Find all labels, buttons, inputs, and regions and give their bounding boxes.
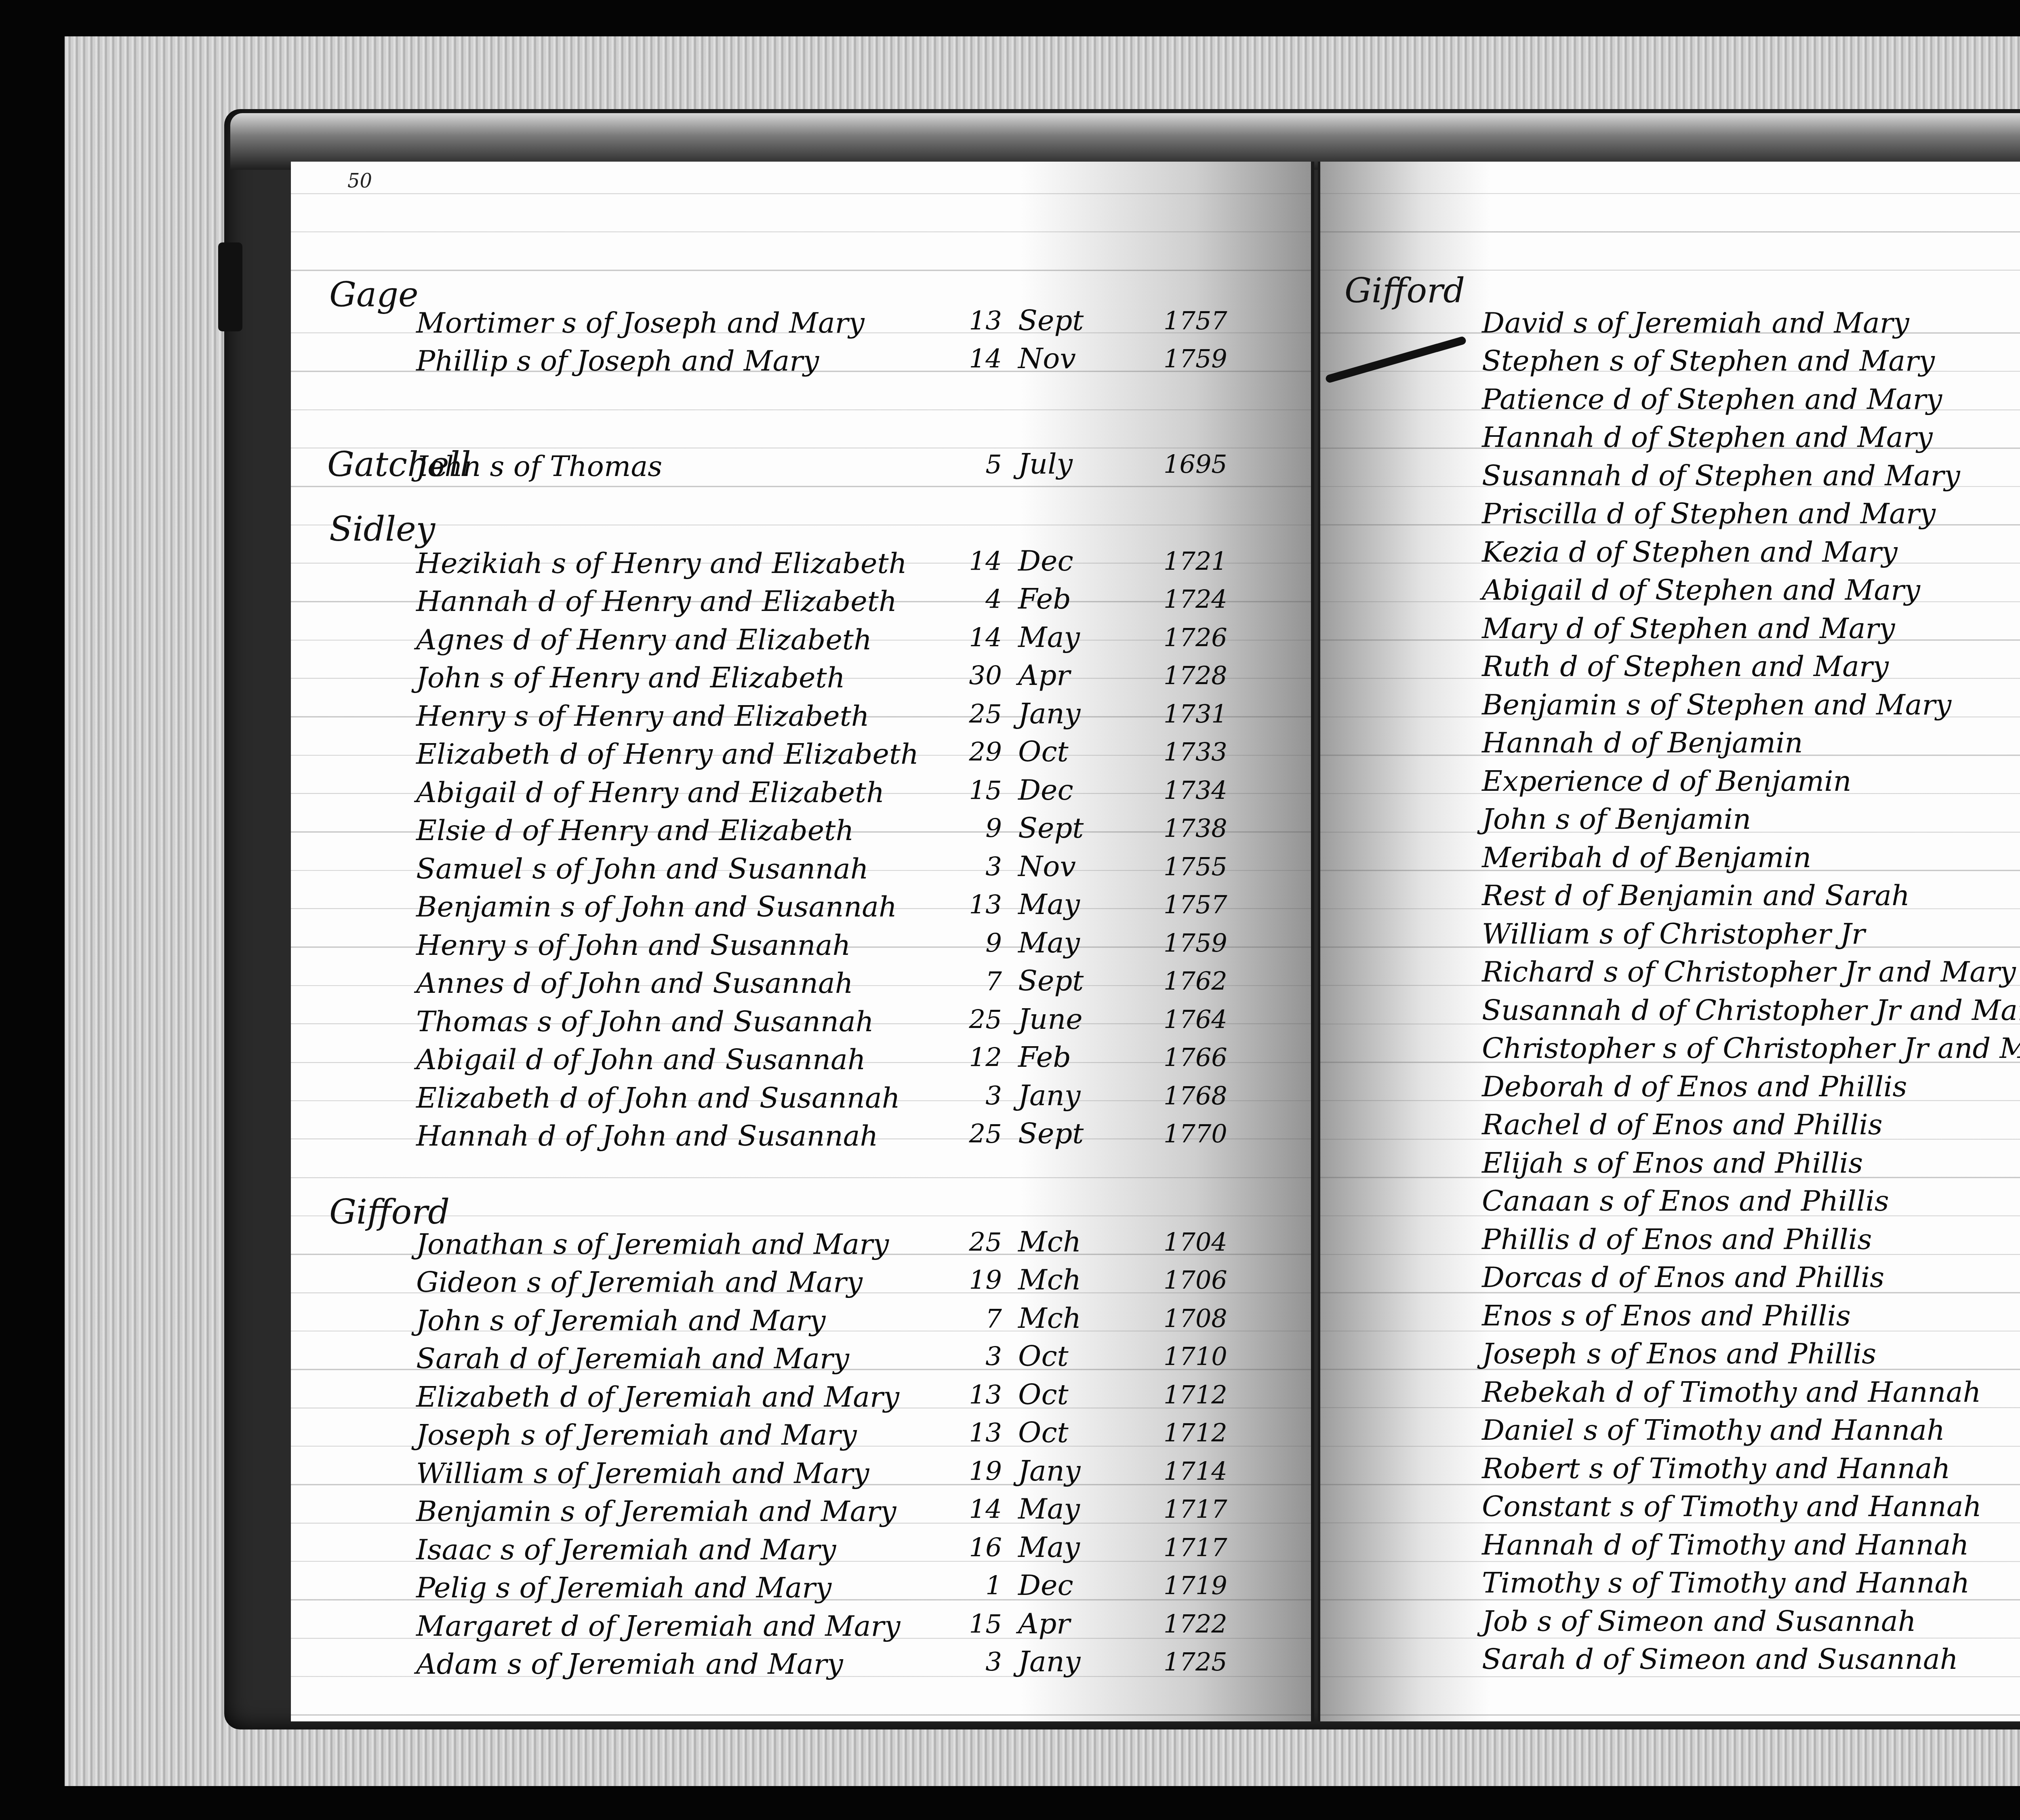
entry-name: Rest d of Benjamin and Sarah [1482, 879, 1910, 912]
entry-month: Nov [1018, 342, 1076, 375]
entry-month: May [1018, 1531, 1080, 1564]
entry-day: 19 [953, 1457, 1002, 1487]
record-entry: Stephen s of Stephen and Mary30Jany1712 [1482, 339, 2020, 378]
entry-day: 3 [953, 1342, 1002, 1372]
entry-name: John s of Henry and Elizabeth [416, 661, 845, 694]
entry-month: Jany [1018, 1079, 1080, 1112]
record-entry: Hannah d of John and Susannah25Sept1770 [416, 1114, 1289, 1153]
entry-day: 13 [953, 890, 1002, 920]
entry-year: 1733 [1164, 737, 1227, 767]
gage-entries: Mortimer s of Joseph and Mary13Sept1757 … [416, 301, 1289, 377]
entry-day: 14 [953, 547, 1002, 577]
gifford-entries-right: David s of Jeremiah and Mary5Apr1728 Ste… [1482, 301, 2020, 1676]
record-entry: Pelig s of Jeremiah and Mary1Dec1719 [416, 1566, 1289, 1605]
record-entry: Sarah d of Jeremiah and Mary3Oct1710 [416, 1337, 1289, 1376]
entry-year: 1721 [1164, 546, 1227, 576]
entry-name: Samuel s of John and Susannah [416, 852, 869, 885]
entry-name: Henry s of Henry and Elizabeth [416, 699, 869, 733]
entry-year: 1762 [1164, 966, 1227, 996]
entry-name: Abigail d of John and Susannah [416, 1043, 866, 1076]
entry-day: 13 [953, 306, 1002, 336]
gatchell-section: Gatchell John s of Thomas5July1695 [327, 444, 1297, 485]
entry-name: Enos s of Enos and Phillis [1482, 1299, 1851, 1332]
gutter-shadow [1320, 162, 1490, 1721]
entry-day: 14 [953, 344, 1002, 374]
entry-year: 1768 [1164, 1081, 1227, 1110]
sidley-entries: Hezikiah s of Henry and Elizabeth14Dec17… [416, 541, 1289, 1152]
record-entry: John s of Thomas5July1695 [291, 444, 1289, 483]
entry-name: Hannah d of Henry and Elizabeth [416, 585, 897, 618]
record-entry: Phillis d of Enos and Phillis14May1734 [1482, 1218, 2020, 1256]
entry-name: Hezikiah s of Henry and Elizabeth [416, 547, 907, 580]
entry-day: 7 [953, 967, 1002, 996]
entry-name: Hannah d of Timothy and Hannah [1482, 1528, 1969, 1561]
entry-name: Stephen s of Stephen and Mary [1482, 344, 1935, 377]
entry-year: 1710 [1164, 1342, 1227, 1371]
record-entry: Deborah d of Enos and Phillis2Apr1725 [1482, 1065, 2020, 1103]
entry-name: Priscilla d of Stephen and Mary [1482, 497, 1936, 530]
record-entry: John s of Jeremiah and Mary7Mch1708 [416, 1299, 1289, 1337]
record-entry: Patience d of Stephen and Mary16Dec1712 [1482, 377, 2020, 416]
entry-name: Patience d of Stephen and Mary [1482, 383, 1942, 416]
record-entry: Enos s of Enos and Phillis22Mch1740 [1482, 1294, 2020, 1332]
entry-year: 1706 [1164, 1265, 1227, 1295]
entry-name: David s of Jeremiah and Mary [1482, 306, 1909, 339]
surname-heading-gage: Gage [329, 275, 419, 314]
record-entry: Elijah s of Enos and Phillis20July1729 [1482, 1141, 2020, 1180]
entry-name: Benjamin s of Stephen and Mary [1482, 688, 1951, 721]
entry-month: Dec [1018, 1569, 1073, 1602]
entry-day: 14 [953, 623, 1002, 653]
entry-name: Constant s of Timothy and Hannah [1482, 1490, 1982, 1523]
entry-day: 15 [953, 776, 1002, 806]
entry-name: Agnes d of Henry and Elizabeth [416, 623, 872, 656]
record-entry: Thomas s of John and Susannah25June1764 [416, 1000, 1289, 1038]
record-entry: Jonathan s of Jeremiah and Mary25Mch1704 [416, 1222, 1289, 1261]
entry-month: Sept [1018, 964, 1084, 997]
entry-name: Sarah d of Jeremiah and Mary [416, 1342, 849, 1375]
entry-year: 1724 [1164, 584, 1227, 614]
entry-name: Mortimer s of Joseph and Mary [416, 306, 865, 339]
entry-year: 1708 [1164, 1304, 1227, 1333]
entry-year: 1757 [1164, 306, 1227, 335]
record-entry: Margaret d of Jeremiah and Mary15Apr1722 [416, 1604, 1289, 1643]
entry-month: Oct [1018, 1416, 1069, 1449]
record-entry: Benjamin s of John and Susannah13May1757 [416, 885, 1289, 924]
entry-year: 1759 [1164, 928, 1227, 958]
entry-day: 13 [953, 1418, 1002, 1448]
record-entry: Agnes d of Henry and Elizabeth14May1726 [416, 618, 1289, 656]
record-entry: Elsie d of Henry and Elizabeth9Sept1738 [416, 809, 1289, 847]
entry-name: Deborah d of Enos and Phillis [1482, 1070, 1907, 1103]
entry-name: Elizabeth d of John and Susannah [416, 1081, 900, 1114]
entry-day: 16 [953, 1533, 1002, 1563]
entry-name: William s of Christopher Jr [1482, 917, 1865, 950]
entry-day: 9 [953, 814, 1002, 844]
entry-month: Mch [1018, 1302, 1081, 1335]
entry-month: May [1018, 926, 1080, 959]
record-entry: Robert s of Timothy and Hannah3Apr1724 [1482, 1447, 2020, 1485]
entry-name: Kezia d of Stephen and Mary [1482, 535, 1898, 569]
record-entry: Henry s of John and Susannah9May1759 [416, 923, 1289, 962]
entry-year: 1759 [1164, 344, 1227, 373]
entry-name: Benjamin s of Jeremiah and Mary [416, 1495, 896, 1528]
entry-year: 1734 [1164, 775, 1227, 805]
record-entry: Kezia d of Stephen and Mary27Feb1720 [1482, 530, 2020, 569]
entry-name: Gideon s of Jeremiah and Mary [416, 1266, 863, 1299]
entry-name: Sarah d of Simeon and Susannah [1482, 1643, 1958, 1676]
entry-day: 29 [953, 737, 1002, 767]
left-page: 50 Gage Mortimer s of Joseph and Mary13S… [291, 162, 1314, 1721]
entry-month: Jany [1018, 1645, 1080, 1678]
entry-day: 7 [953, 1304, 1002, 1334]
entry-year: 1717 [1164, 1494, 1227, 1524]
entry-name: Rachel d of Enos and Phillis [1482, 1108, 1883, 1141]
record-entry: Mary d of Stephen and Mary12Aug1723 [1482, 607, 2020, 645]
entry-day: 14 [953, 1495, 1002, 1525]
entry-year: 1726 [1164, 623, 1227, 652]
entry-month: Dec [1018, 544, 1073, 577]
record-entry: Mortimer s of Joseph and Mary13Sept1757 [416, 301, 1289, 339]
record-entry: Constant s of Timothy and Hannah6Dec1728 [1482, 1485, 2020, 1523]
record-entry: Job s of Simeon and Susannah28May1726 [1482, 1599, 2020, 1638]
entry-month: Sept [1018, 811, 1084, 845]
entry-year: 1766 [1164, 1043, 1227, 1072]
entry-year: 1722 [1164, 1609, 1227, 1639]
page-number: 50 [347, 170, 372, 192]
record-entry: Annes d of John and Susannah7Sept1762 [416, 962, 1289, 1000]
entry-day: 3 [953, 1647, 1002, 1677]
record-entry: Joseph s of Jeremiah and Mary13Oct1712 [416, 1413, 1289, 1452]
entry-name: Susannah d of Stephen and Mary [1482, 459, 1960, 492]
entry-name: Elijah s of Enos and Phillis [1482, 1146, 1863, 1180]
entry-month: Oct [1018, 1378, 1069, 1411]
record-entry: John s of Benjamin7Jany1718 [1482, 798, 2020, 836]
entry-day: 15 [953, 1609, 1002, 1639]
record-entry: Benjamin s of Jeremiah and Mary14May1717 [416, 1490, 1289, 1528]
entry-month: May [1018, 1492, 1080, 1525]
entry-month: Oct [1018, 735, 1069, 768]
entry-name: Elsie d of Henry and Elizabeth [416, 814, 854, 847]
entry-day: 13 [953, 1380, 1002, 1410]
binder-top-edge [230, 113, 2020, 170]
entry-name: Susannah d of Christopher Jr and Mary [1482, 994, 2020, 1027]
entry-month: Feb [1018, 582, 1071, 615]
record-entry: David s of Jeremiah and Mary5Apr1728 [1482, 301, 2020, 339]
entry-name: Isaac s of Jeremiah and Mary [416, 1533, 836, 1566]
record-entry: Abigail d of Henry and Elizabeth15Dec173… [416, 771, 1289, 809]
record-entry: Hannah d of Henry and Elizabeth4Feb1724 [416, 580, 1289, 618]
record-entry: Daniel s of Timothy and Hannah20July1721 [1482, 1409, 2020, 1447]
entry-day: 25 [953, 1228, 1002, 1258]
entry-day: 25 [953, 1005, 1002, 1035]
entry-month: Jany [1018, 1454, 1080, 1487]
record-entry: Phillip s of Joseph and Mary14Nov1759 [416, 339, 1289, 378]
entry-name: Canaan s of Enos and Phillis [1482, 1184, 1889, 1218]
entry-name: Dorcas d of Enos and Phillis [1482, 1261, 1884, 1294]
entry-year: 1712 [1164, 1380, 1227, 1409]
record-entry: Hannah d of Timothy and Hannah25Apr1733 [1482, 1523, 2020, 1561]
surname-heading-gifford: Gifford [1345, 271, 1465, 310]
record-entry: Meribah d of Benjamin30June1722 [1482, 836, 2020, 874]
entry-name: John s of Jeremiah and Mary [416, 1304, 826, 1337]
entry-year: 1704 [1164, 1227, 1227, 1257]
entry-year: 1755 [1164, 852, 1227, 881]
entry-year: 1725 [1164, 1647, 1227, 1677]
entry-name: Ruth d of Stephen and Mary [1482, 650, 1889, 683]
entry-name: Phillis d of Enos and Phillis [1482, 1223, 1872, 1256]
record-entry: Ruth d of Stephen and Mary5Oct1725 [1482, 645, 2020, 683]
record-entry: Christopher s of Christopher Jr and Mary… [1482, 1027, 2020, 1065]
entry-name: Experience d of Benjamin [1482, 765, 1852, 798]
entry-month: Sept [1018, 1117, 1084, 1150]
entry-day: 9 [953, 929, 1002, 958]
entry-name: Thomas s of John and Susannah [416, 1005, 874, 1038]
entry-year: 1712 [1164, 1418, 1227, 1447]
entry-month: Apr [1018, 659, 1070, 692]
entry-name: Elizabeth d of Jeremiah and Mary [416, 1380, 899, 1413]
entry-day: 12 [953, 1043, 1002, 1073]
entry-day: 19 [953, 1266, 1002, 1295]
entry-name: Robert s of Timothy and Hannah [1482, 1452, 1951, 1485]
record-entry: Susannah d of Stephen and Mary24May1716 [1482, 454, 2020, 492]
entry-year: 1738 [1164, 813, 1227, 843]
record-entry: Benjamin s of Stephen and Mary2Feb1728 [1482, 683, 2020, 721]
record-entry: Henry s of Henry and Elizabeth25Jany1731 [416, 694, 1289, 733]
entry-name: Henry s of John and Susannah [416, 929, 850, 962]
entry-year: 1757 [1164, 890, 1227, 919]
entry-name: Annes d of John and Susannah [416, 967, 853, 1000]
entry-name: Margaret d of Jeremiah and Mary [416, 1609, 901, 1643]
entry-month: Jany [1018, 697, 1080, 730]
entry-name: Christopher s of Christopher Jr and Mary [1482, 1032, 2020, 1065]
entry-name: Phillip s of Joseph and Mary [416, 344, 819, 377]
entry-name: Rebekah d of Timothy and Hannah [1482, 1376, 1981, 1409]
record-entry: Canaan s of Enos and Phillis15May1731 [1482, 1180, 2020, 1218]
entry-year: 1728 [1164, 661, 1227, 690]
entry-name: William s of Jeremiah and Mary [416, 1457, 869, 1490]
record-entry: Priscilla d of Stephen and Mary17June171… [1482, 492, 2020, 531]
entry-year: 1770 [1164, 1119, 1227, 1148]
entry-month: June [1018, 1003, 1083, 1036]
entry-year: 1695 [1164, 449, 1227, 479]
record-entry: Timothy s of Timothy and Hannah2June1735 [1482, 1561, 2020, 1600]
entry-name: Joseph s of Jeremiah and Mary [416, 1418, 857, 1451]
record-entry: Hezikiah s of Henry and Elizabeth14Dec17… [416, 541, 1289, 580]
record-entry: Sarah d of Simeon and Susannah1July1728 [1482, 1638, 2020, 1676]
record-entry: Joseph s of Enos and Phillis2Jany1742 [1482, 1332, 2020, 1371]
entry-year: 1719 [1164, 1571, 1227, 1600]
entry-month: Mch [1018, 1225, 1081, 1258]
entry-month: May [1018, 621, 1080, 654]
entry-year: 1717 [1164, 1533, 1227, 1562]
entry-name: Elizabeth d of Henry and Elizabeth [416, 737, 919, 771]
entry-name: Abigail d of Henry and Elizabeth [416, 776, 884, 809]
record-entry: Susannah d of Christopher Jr and Mary22A… [1482, 988, 2020, 1027]
record-entry: Rebekah d of Timothy and Hannah5June1719 [1482, 1370, 2020, 1409]
entry-month: July [1018, 447, 1073, 480]
entry-name: Daniel s of Timothy and Hannah [1482, 1413, 1945, 1447]
entry-name: Hannah d of Benjamin [1482, 726, 1803, 759]
entry-month: Dec [1018, 773, 1073, 807]
right-page: 51 Gifford David s of Jeremiah and Mary5… [1318, 162, 2020, 1721]
entry-name: Timothy s of Timothy and Hannah [1482, 1566, 1970, 1599]
record-entry: Abigail d of John and Susannah12Feb1766 [416, 1038, 1289, 1076]
entry-name: Mary d of Stephen and Mary [1482, 612, 1895, 645]
entry-month: Mch [1018, 1263, 1081, 1296]
record-entry: Elizabeth d of John and Susannah3Jany176… [416, 1076, 1289, 1114]
entry-day: 4 [953, 585, 1002, 615]
record-entry: Gideon s of Jeremiah and Mary19Mch1706 [416, 1261, 1289, 1299]
entry-year: 1714 [1164, 1456, 1227, 1486]
record-entry: Rachel d of Enos and Phillis30Mch1727 [1482, 1103, 2020, 1142]
entry-day: 25 [953, 1119, 1002, 1149]
record-entry: Elizabeth d of Henry and Elizabeth29Oct1… [416, 733, 1289, 771]
entry-name: Job s of Simeon and Susannah [1482, 1605, 1916, 1638]
entry-day: 5 [953, 450, 1002, 480]
entry-year: 1764 [1164, 1005, 1227, 1034]
entry-month: Feb [1018, 1041, 1071, 1074]
entry-month: May [1018, 888, 1080, 921]
entry-name: John s of Benjamin [1482, 803, 1751, 836]
entry-day: 1 [953, 1571, 1002, 1601]
entry-day: 25 [953, 699, 1002, 729]
entry-name: Hannah d of John and Susannah [416, 1119, 878, 1152]
record-entry: Elizabeth d of Jeremiah and Mary13Oct171… [416, 1375, 1289, 1413]
entry-day: 3 [953, 1081, 1002, 1111]
record-entry: William s of Christopher Jr29June1722 [1482, 912, 2020, 950]
record-entry: Abigail d of Stephen and Mary4Nov1721 [1482, 569, 2020, 607]
entry-name: Meribah d of Benjamin [1482, 841, 1811, 874]
entry-name: Richard s of Christopher Jr and Mary [1482, 955, 2016, 988]
record-entry: Adam s of Jeremiah and Mary3Jany1725 [416, 1643, 1289, 1681]
record-entry: Rest d of Benjamin and Sarah10Dec1727 [1482, 874, 2020, 912]
entry-name: Benjamin s of John and Susannah [416, 890, 897, 923]
entry-name: Adam s of Jeremiah and Mary [416, 1647, 843, 1681]
entry-name: Pelig s of Jeremiah and Mary [416, 1571, 831, 1604]
entry-day: 3 [953, 852, 1002, 882]
entry-month: Apr [1018, 1607, 1070, 1640]
record-entry: John s of Henry and Elizabeth30Apr1728 [416, 656, 1289, 695]
entry-name: John s of Thomas [416, 450, 662, 483]
entry-month: Oct [1018, 1340, 1069, 1373]
entry-name: Joseph s of Enos and Phillis [1482, 1337, 1876, 1370]
entry-month: Sept [1018, 304, 1084, 337]
record-entry: Hannah d of Stephen and Mary20Aug1714 [1482, 416, 2020, 454]
record-entry: Isaac s of Jeremiah and Mary16May1717 [416, 1528, 1289, 1566]
record-entry: William s of Jeremiah and Mary19Jany1714 [416, 1451, 1289, 1490]
record-entry: Dorcas d of Enos and Phillis18Aug1736 [1482, 1256, 2020, 1294]
record-entry: Experience d of Benjamin21Aug1715 [1482, 759, 2020, 798]
entry-name: Hannah d of Stephen and Mary [1482, 421, 1933, 454]
entry-name: Abigail d of Stephen and Mary [1482, 573, 1920, 607]
entry-month: Nov [1018, 850, 1076, 883]
binder-clip-left [218, 242, 242, 331]
entry-day: 30 [953, 661, 1002, 691]
gifford-entries-left: Jonathan s of Jeremiah and Mary25Mch1704… [416, 1222, 1289, 1681]
entry-name: Jonathan s of Jeremiah and Mary [416, 1228, 889, 1261]
entry-year: 1731 [1164, 699, 1227, 729]
record-entry: Hannah d of Benjamin8May1710 [1482, 721, 2020, 760]
record-entry: Richard s of Christopher Jr and Mary31Mc… [1482, 950, 2020, 989]
record-entry: Samuel s of John and Susannah3Nov1755 [416, 847, 1289, 885]
